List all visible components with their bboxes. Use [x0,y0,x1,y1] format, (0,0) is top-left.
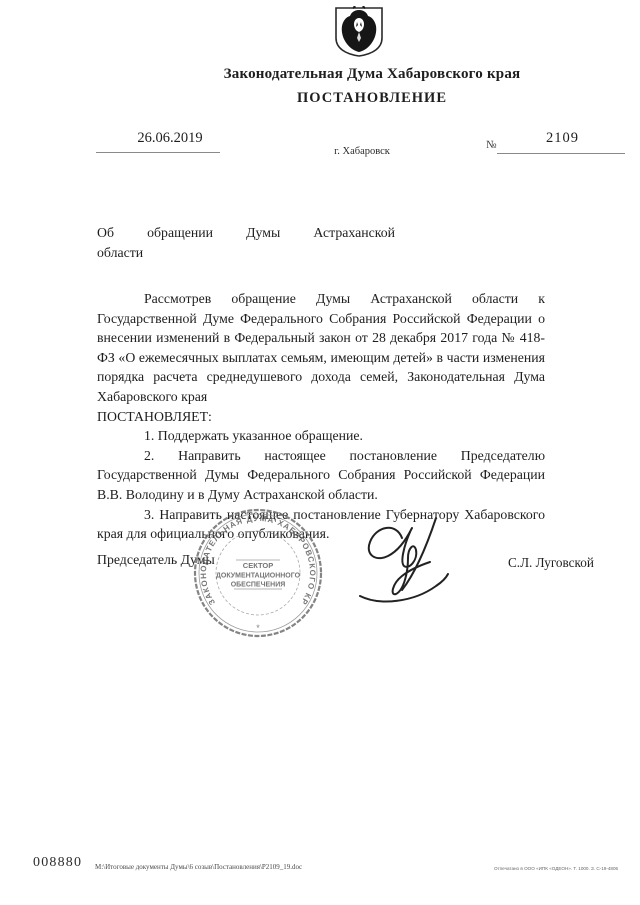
registration-code: 008880 [33,855,82,871]
scanned-resolution-document: Законодательная Дума Хабаровского края П… [0,0,640,905]
document-type-title: ПОСТАНОВЛЕНИЕ [105,90,639,107]
preamble-paragraph: Рассмотрев обращение Думы Астраханской о… [97,289,545,407]
handwritten-signature [352,510,467,610]
stamp-center-line-2: ДОКУМЕНТАЦИОННОГО [216,573,301,580]
document-number: 2109 [500,130,625,147]
document-date: 26.06.2019 [110,130,230,147]
subject-line-2: области [97,243,395,263]
subject-line-1: Об обращении Думы Астраханской [97,223,395,243]
date-underline [96,152,220,153]
subject-block: Об обращении Думы Астраханской области [97,223,395,262]
organization-name: Законодательная Дума Хабаровского края [105,66,639,83]
resolves-line: ПОСТАНОВЛЯЕТ: [97,407,545,427]
khabarovsk-coat-of-arms-icon [329,4,389,58]
resolution-item-2: 2. Направить настоящее постановление Пре… [97,446,545,505]
number-underline [497,153,625,154]
print-shop-note: Отпечатано в ООО «ИПК «ОДЕОН». Т. 1000. … [494,866,636,871]
stamp-ring-text: ЗАКОНОДАТЕЛЬНАЯ ДУМА ХАБАРОВСКОГО КРАЯ [190,505,317,607]
round-stamp: ЗАКОНОДАТЕЛЬНАЯ ДУМА ХАБАРОВСКОГО КРАЯ С… [190,505,326,641]
stamp-center-line-3: ОБЕСПЕЧЕНИЯ [231,582,286,589]
stamp-star: * [256,623,260,633]
signer-name: С.Л. Луговской [508,555,594,571]
document-place: г. Хабаровск [282,146,442,157]
resolution-item-1: 1. Поддержать указанное обращение. [97,426,545,446]
stamp-center-line-1: СЕКТОР [243,561,273,570]
number-sign: № [486,139,497,151]
file-path: М:\Итоговые документы Думы\6 созыв\Поста… [95,863,302,871]
